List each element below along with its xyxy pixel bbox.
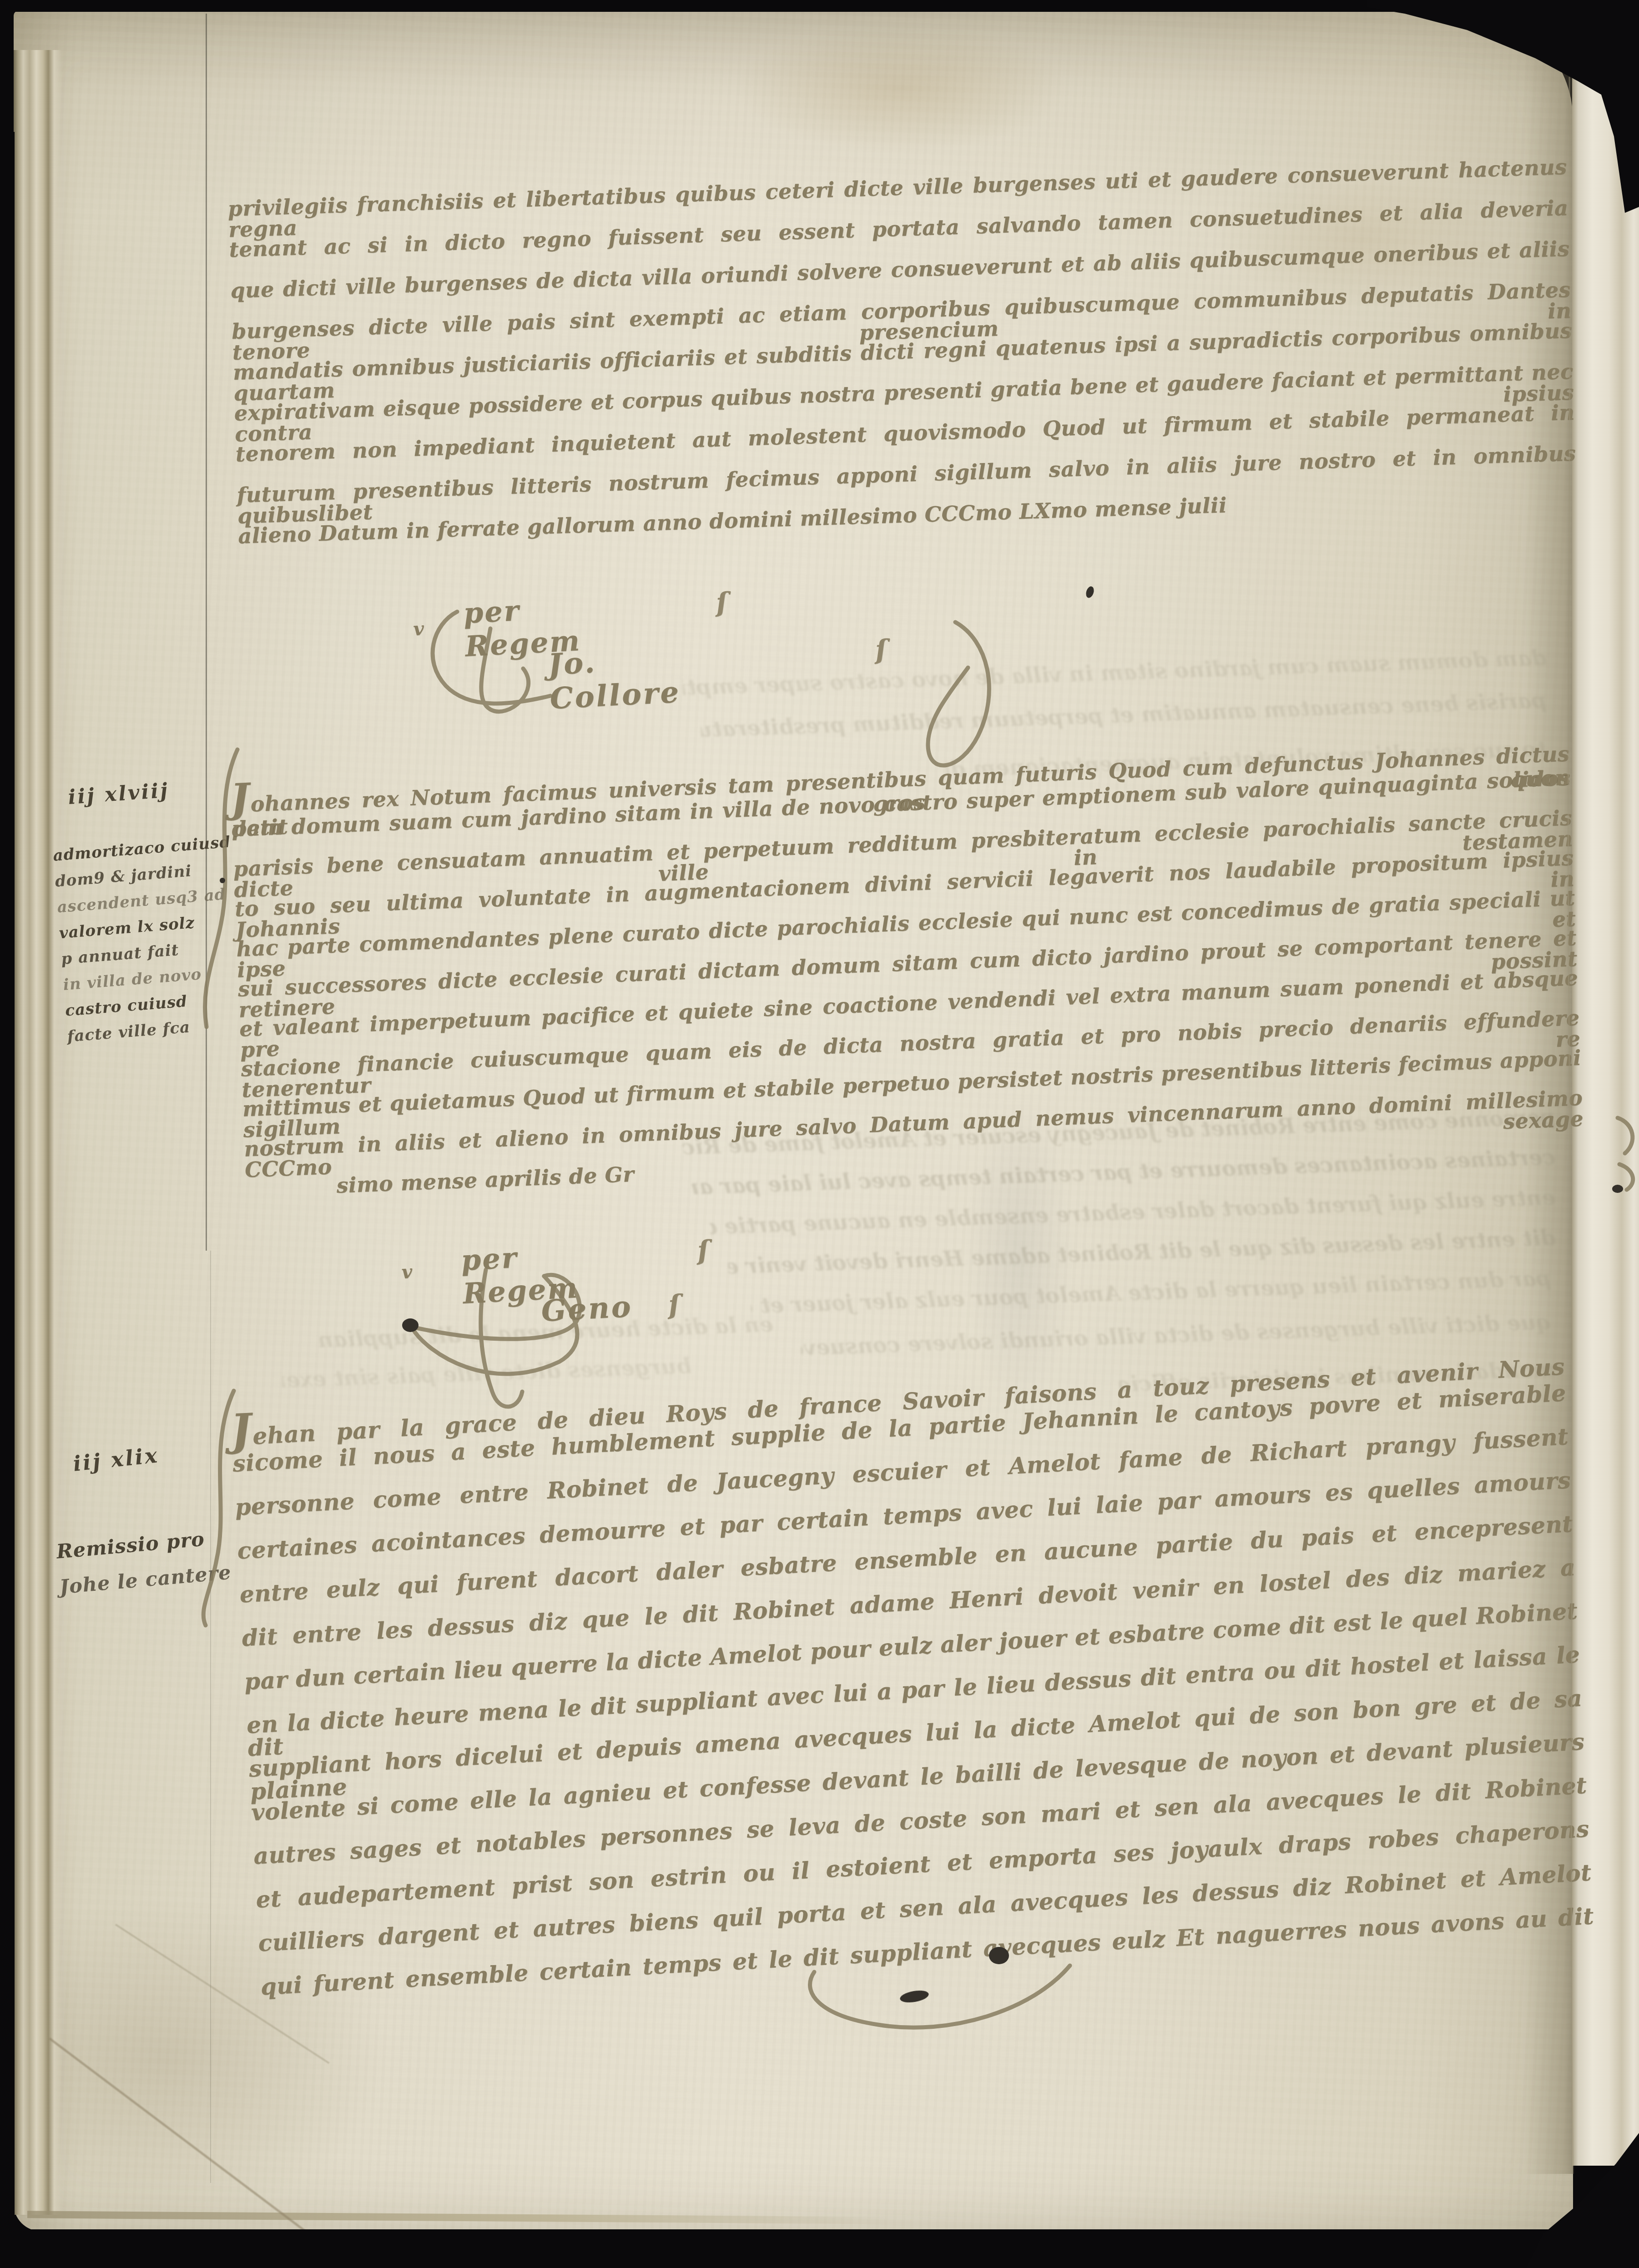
scan-background-bottom — [0, 2229, 1639, 2268]
scan-background-left — [0, 132, 15, 2268]
manuscript-scan: dam domum suam cum jardino sitam in vill… — [0, 0, 1639, 2268]
paraph-mark: v — [413, 618, 424, 640]
flourish-mark: ſ — [697, 1235, 710, 1266]
clerk-signature: Geno — [540, 1290, 633, 1328]
flourish-mark: ſ — [874, 634, 887, 665]
page-edges-left — [14, 50, 62, 2215]
paraph-mark: v — [401, 1261, 413, 1283]
flourish-mark: ſ — [716, 587, 728, 618]
margin-ruling-line-faint — [210, 1251, 211, 2183]
flourish-mark: ſ — [668, 1289, 681, 1320]
clerk-signature: Jo. Collore — [547, 641, 681, 716]
margin-ruling-line — [206, 14, 207, 1251]
